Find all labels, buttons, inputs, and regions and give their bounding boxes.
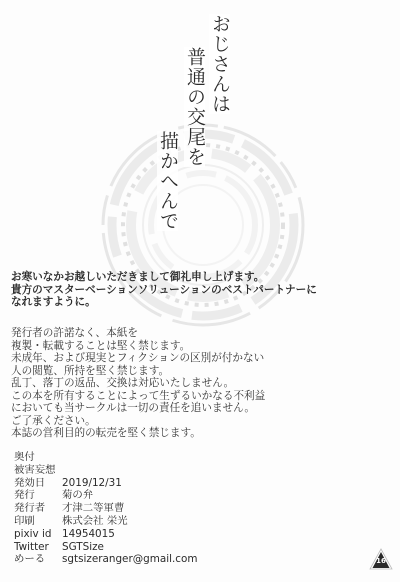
row-label: 発行者 — [14, 502, 62, 515]
colophon-page: おじさんは 普通の交尾を 描かへんで お寒いなかお越しいただきまして御礼申し上げ… — [0, 0, 400, 582]
row-value: 2019/12/31 — [62, 477, 122, 490]
colophon-row-publisher: 発行 菊の弁 — [14, 489, 197, 502]
row-label: 印刷 — [14, 515, 62, 528]
colophon-row-pixiv: pixiv id 14954015 — [14, 528, 197, 541]
book-title: 被害妄想 — [14, 464, 197, 477]
row-value: sgtsizeranger@gmail.com — [62, 553, 197, 566]
row-value: 14954015 — [62, 528, 115, 541]
copyright-notice: 発行者の許諾なく、本紙を 複製・転載することは堅く禁じます。 未成年、および現実… — [11, 327, 391, 440]
page-number: 16 — [369, 557, 393, 565]
row-label: pixiv id — [14, 528, 62, 541]
notice-line: 人の閲覧、所持を堅く禁じます。 — [11, 365, 391, 378]
colophon: 奥付 被害妄想 発効日 2019/12/31 発行 菊の弁 発行者 才津二等軍曹… — [14, 451, 197, 566]
greeting-line: なれますように。 — [11, 296, 391, 309]
title-column-1: おじさんは — [209, 14, 230, 114]
row-value: SGTSize — [62, 541, 104, 554]
notice-line: においても当サークルは一切の責任を追いません。 — [11, 402, 391, 415]
title-column-3: 描かへんで — [157, 131, 178, 231]
row-label: Twitter — [14, 541, 62, 554]
notice-line: 複製・転載することは堅く禁じます。 — [11, 340, 391, 353]
notice-line: 本誌の営利目的の転売を堅く禁じます。 — [11, 427, 391, 440]
notice-line: 乱丁、落丁の返品、交換は対応いたしません。 — [11, 377, 391, 390]
colophon-row-date: 発効日 2019/12/31 — [14, 477, 197, 490]
row-label: 発効日 — [14, 477, 62, 490]
greeting-line: お寒いなかお越しいただきまして御礼申し上げます。 — [11, 271, 391, 284]
row-value: 才津二等軍曹 — [62, 502, 124, 515]
row-value: 株式会社 栄光 — [62, 515, 128, 528]
colophon-row-twitter: Twitter SGTSize — [14, 541, 197, 554]
title-column-2: 普通の交尾を — [184, 47, 205, 167]
page-number-badge: 16 — [369, 548, 393, 570]
row-label: 発行 — [14, 489, 62, 502]
colophon-heading: 奥付 — [14, 451, 197, 464]
notice-line: ご了承ください。 — [11, 415, 391, 428]
greeting-message: お寒いなかお越しいただきまして御礼申し上げます。 貴方のマスターベーションソリュ… — [11, 271, 391, 309]
row-value: 菊の弁 — [62, 489, 93, 502]
notice-line: 発行者の許諾なく、本紙を — [11, 327, 391, 340]
notice-line: この本を所有することによって生ずるいかなる不利益 — [11, 390, 391, 403]
colophon-row-printer: 印刷 株式会社 栄光 — [14, 515, 197, 528]
colophon-row-author: 発行者 才津二等軍曹 — [14, 502, 197, 515]
notice-line: 未成年、および現実とフィクションの区別が付かない — [11, 352, 391, 365]
row-label: めーる — [14, 553, 62, 566]
colophon-row-email: めーる sgtsizeranger@gmail.com — [14, 553, 197, 566]
greeting-line: 貴方のマスターベーションソリューションのベストパートナーに — [11, 284, 391, 297]
